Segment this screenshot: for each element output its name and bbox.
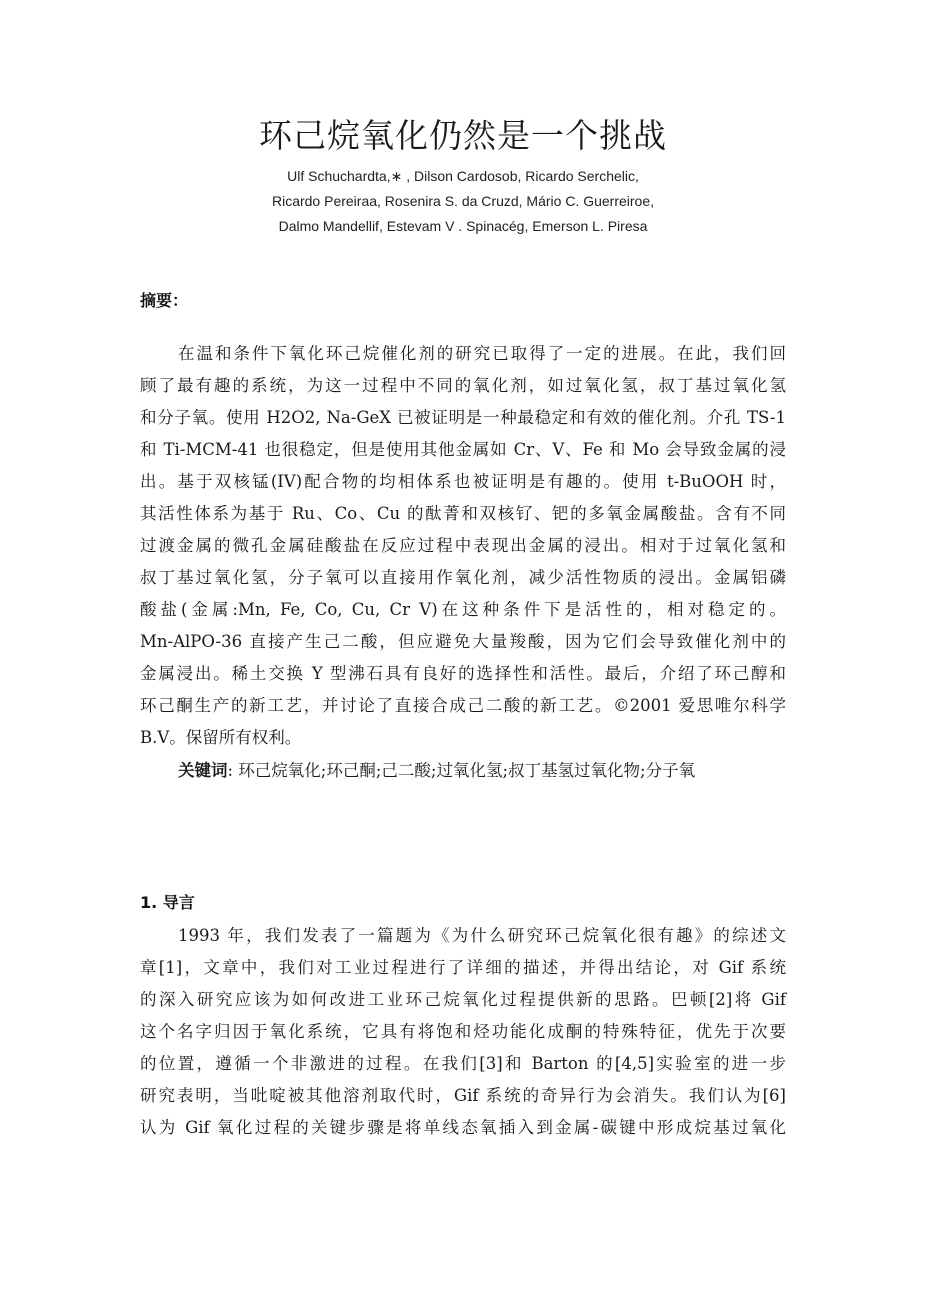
abstract-line: 和分子氧。使用 H2O2, Na-GeX 已被证明是一种最稳定和有效的催化剂。介… <box>140 407 786 429</box>
keywords-label: 关键词 <box>178 761 228 780</box>
abstract-line: B.V。保留所有权利。 <box>140 727 786 749</box>
abstract-line: 出。基于双核锰(IV)配合物的均相体系也被证明是有趣的。使用 t-BuOOH 时… <box>140 471 786 493</box>
keywords: 关键词: 环己烷氧化;环己酮;己二酸;过氧化氢;叔丁基氢过氧化物;分子氧 <box>178 760 786 782</box>
intro-line: 认为 Gif 氧化过程的关键步骤是将单线态氧插入到金属-碳键中形成烷基过氧化 <box>140 1117 786 1139</box>
intro-line: 1993 年，我们发表了一篇题为《为什么研究环己烷氧化很有趣》的综述文 <box>178 925 786 947</box>
author-list: Ulf Schuchardta,∗ , Dilson Cardosob, Ric… <box>0 164 926 239</box>
paper-title: 环己烷氧化仍然是一个挑战 <box>0 114 926 158</box>
author-line: Ricardo Pereiraa, Rosenira S. da Cruzd, … <box>0 189 926 214</box>
intro-line: 研究表明，当吡啶被其他溶剂取代时，Gif 系统的奇异行为会消失。我们认为[6] <box>140 1085 786 1107</box>
abstract-line: 叔丁基过氧化氢，分子氧可以直接用作氧化剂，减少活性物质的浸出。金属铝磷 <box>140 567 786 589</box>
intro-line: 的深入研究应该为如何改进工业环己烷氧化过程提供新的思路。巴顿[2]将 Gif <box>140 989 786 1011</box>
abstract-line: 金属浸出。稀土交换 Y 型沸石具有良好的选择性和活性。最后，介绍了环己醇和 <box>140 663 786 685</box>
author-line: Dalmo Mandellif, Estevam V . Spinacég, E… <box>0 214 926 239</box>
abstract-line: 在温和条件下氧化环己烷催化剂的研究已取得了一定的进展。在此，我们回 <box>178 343 786 365</box>
abstract-line: 环己酮生产的新工艺，并讨论了直接合成己二酸的新工艺。©2001 爱思唯尔科学 <box>140 695 786 717</box>
abstract-heading: 摘要： <box>140 288 188 311</box>
abstract-line: 其活性体系为基于 Ru、Co、Cu 的酞菁和双核钌、钯的多氧金属酸盐。含有不同 <box>140 503 786 525</box>
author-line: Ulf Schuchardta,∗ , Dilson Cardosob, Ric… <box>0 164 926 189</box>
abstract-line: 和 Ti-MCM-41 也很稳定，但是使用其他金属如 Cr、V、Fe 和 Mo … <box>140 439 786 461</box>
intro-line: 这个名字归因于氧化系统，它具有将饱和烃功能化成酮的特殊特征，优先于次要 <box>140 1021 786 1043</box>
keywords-text: : 环己烷氧化;环己酮;己二酸;过氧化氢;叔丁基氢过氧化物;分子氧 <box>228 761 696 780</box>
abstract-line: 酸盐(金属:Mn, Fe, Co, Cu, Cr V)在这种条件下是活性的，相对… <box>140 599 786 621</box>
abstract-line: 顾了最有趣的系统，为这一过程中不同的氧化剂，如过氧化氢，叔丁基过氧化氢 <box>140 375 786 397</box>
section-heading-introduction: 1. 导言 <box>140 890 195 913</box>
intro-line: 章[1]，文章中，我们对工业过程进行了详细的描述，并得出结论，对 Gif 系统 <box>140 957 786 979</box>
abstract-line: Mn-AlPO-36 直接产生己二酸，但应避免大量羧酸，因为它们会导致催化剂中的 <box>140 631 786 653</box>
intro-line: 的位置，遵循一个非激进的过程。在我们[3]和 Barton 的[4,5]实验室的… <box>140 1053 786 1075</box>
abstract-line: 过渡金属的微孔金属硅酸盐在反应过程中表现出金属的浸出。相对于过氧化氢和 <box>140 535 786 557</box>
